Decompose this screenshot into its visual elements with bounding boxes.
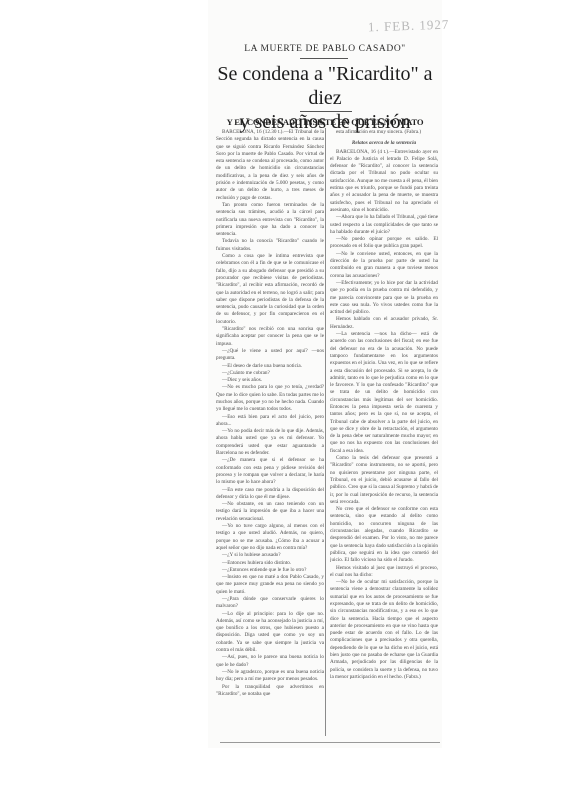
paragraph: —Ahora que lo ha fallado el Tribunal, ¿q… xyxy=(330,214,438,236)
paragraph: —Entonces hubiera sido distinto. xyxy=(216,560,324,567)
paragraph: BARCELONA, 16 (12.30 t.).—El Tribunal de… xyxy=(216,129,324,202)
paragraph: —Diez y seis años. xyxy=(216,377,324,384)
paragraph: —¿De manera que si el defensor se ha con… xyxy=(216,457,324,486)
paragraph: Todavía no la conocía "Ricardito" cuando… xyxy=(216,238,324,253)
paragraph: —La sentencia —nos ha dicho— está de acu… xyxy=(330,331,438,455)
kicker-underline xyxy=(300,58,348,59)
paragraph: Por la tranquilidad que advertimos en "R… xyxy=(216,684,324,699)
article-column-right: esta afirmación era muy sincera. (Fabra.… xyxy=(330,129,438,731)
paragraph: BARCELONA, 16 (4 t.).—Entrevistado ayer … xyxy=(330,149,438,215)
paragraph: —¿Qué le viene a usted por aquí? —nos pr… xyxy=(216,348,324,363)
paragraph: —En este caso me pondría a la disposició… xyxy=(216,487,324,502)
paragraph: —No le conviene usted, entonces, en que … xyxy=(330,251,438,280)
paragraph: Hemos hablado con el acusador privado, S… xyxy=(330,316,438,331)
paragraph: —¿Para dónde que conservarle quieres lo … xyxy=(216,596,324,611)
paragraph: Como a cosa que le íntima entrevista que… xyxy=(216,253,324,326)
subheading: Y EL CONDENADO INSISTE EN QUE EL NO MATO xyxy=(208,117,442,127)
kicker-title: LA MUERTE DE PABLO CASADO" xyxy=(208,44,442,54)
paragraph: —No he de ocultar mi satisfacción, porqu… xyxy=(330,579,438,681)
column-subtitle: Relatos acerca de la sentencia xyxy=(330,140,438,147)
paragraph: —No le agradezco, porque es una buena no… xyxy=(216,669,324,684)
paragraph: —El deseo de darle una buena noticia. xyxy=(216,363,324,370)
bottom-rule xyxy=(220,742,440,743)
article-column-left: BARCELONA, 16 (12.30 t.).—El Tribunal de… xyxy=(216,129,324,741)
paragraph: —Así, pues, no le parece una buena notic… xyxy=(216,654,324,669)
headline-underline xyxy=(300,111,352,112)
paragraph: —¿Cuánto me cobran? xyxy=(216,370,324,377)
paragraph: Tan pronto como fueron terminados de la … xyxy=(216,202,324,238)
paragraph: Hemos visitado al juez que instruyó el p… xyxy=(330,565,438,580)
paragraph: —Insisto en que no maté a don Pablo Casa… xyxy=(216,574,324,596)
paragraph: —Yo no podía decir más de lo que dije. A… xyxy=(216,428,324,457)
column-divider xyxy=(325,128,326,736)
paragraph: —¿Y si lo hubiese acusado? xyxy=(216,552,324,559)
paragraph: —No es mucho para lo que yo tenía, ¿verd… xyxy=(216,384,324,413)
date-stamp: 1. FEB. 1927 xyxy=(368,17,450,36)
paragraph: esta afirmación era muy sincera. (Fabra.… xyxy=(330,129,438,136)
paragraph: —Lo dije al principio: para lo dije que … xyxy=(216,611,324,655)
paragraph: —¿Entonces entiende que le fue lo otro? xyxy=(216,567,324,574)
paragraph: Como la tesis del defensor que presentó … xyxy=(330,455,438,506)
paragraph: No creo que el defensor se conforme con … xyxy=(330,506,438,564)
paragraph: "Ricardito" nos recibió con una sonrisa … xyxy=(216,326,324,348)
paragraph: —Efectivamente; yo lo hice por dar la ac… xyxy=(330,280,438,316)
paragraph: —No puedo opinar porque es salido. El pr… xyxy=(330,236,438,251)
headline-line-1: Se condena a "Ricardito" a diez xyxy=(208,62,442,110)
paragraph: —Eso está bien para el acto del juicio, … xyxy=(216,414,324,429)
paragraph: —No obstante, en un caso teniendo con un… xyxy=(216,501,324,523)
paragraph: —Yo no tuve cargo alguno, al menos con e… xyxy=(216,523,324,552)
